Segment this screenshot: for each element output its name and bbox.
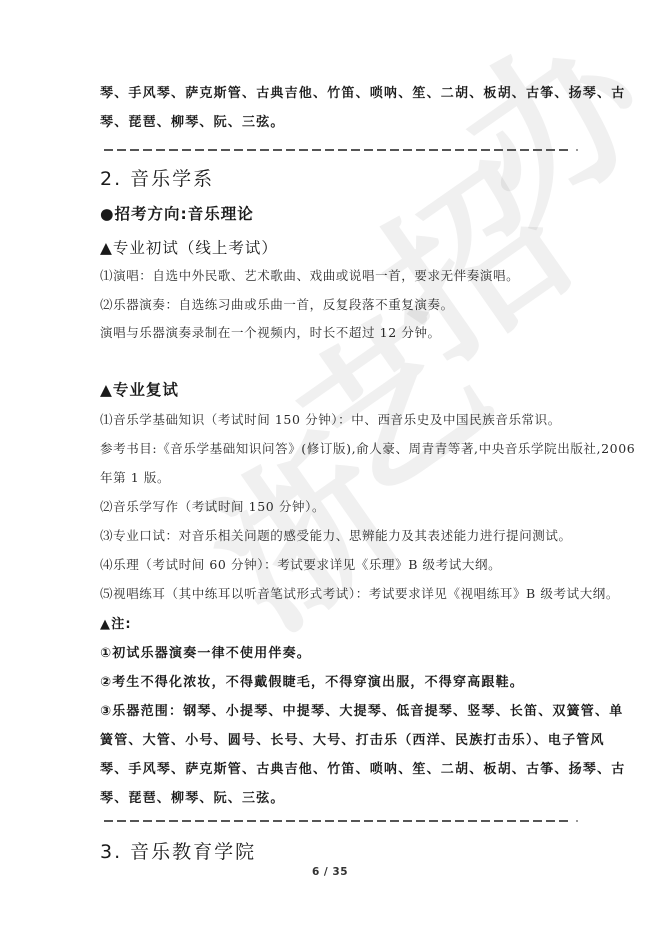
retest-item-4: ⑷乐理（考试时间 60 分钟）：考试要求详见《乐理》B 级考试大纲。 xyxy=(100,555,501,573)
note-3: ③乐器范围：钢琴、小提琴、中提琴、大提琴、低音提琴、竖琴、长笛、双簧管、单 xyxy=(100,700,623,719)
retest-item-1: ⑴音乐学基础知识（考试时间 150 分钟）：中、西音乐史及中国民族音乐常识。 xyxy=(100,410,561,428)
preliminary-heading: ▲专业初试（线上考试） xyxy=(100,236,278,258)
preliminary-item-1: ⑴演唱：自选中外民歌、艺术歌曲、戏曲或说唱一首，要求无伴奏演唱。 xyxy=(100,266,519,284)
page-number: 6 / 35 xyxy=(0,866,660,878)
note-3-cont-1: 簧管、大管、小号、圆号、长号、大号、打击乐（西洋、民族打击乐）、电子管风 xyxy=(100,729,605,748)
document-page: 浙 艺 招 办 琴、手风琴、萨克斯管、古典吉他、竹笛、唢呐、笙、二胡、板胡、古筝… xyxy=(0,0,660,933)
note-1: ①初试乐器演奏一律不使用伴奏。 xyxy=(100,642,311,661)
retest-heading: ▲专业复试 xyxy=(100,378,179,400)
notes-heading: ▲注: xyxy=(100,613,132,632)
note-3-cont-3: 琴、琵琶、柳琴、阮、三弦。 xyxy=(100,787,285,806)
watermark-char: 招 xyxy=(357,147,594,384)
note-2: ②考生不得化浓妆，不得戴假睫毛，不得穿演出服，不得穿高跟鞋。 xyxy=(100,671,524,690)
retest-item-3: ⑶专业口试：对音乐相关问题的感受能力、思辨能力及其表述能力进行提问测试。 xyxy=(100,526,572,544)
section-divider xyxy=(104,820,572,822)
note-3-cont-2: 琴、手风琴、萨克斯管、古典吉他、竹笛、唢呐、笙、二胡、板胡、古筝、扬琴、古 xyxy=(100,758,625,777)
preliminary-item-2: ⑵乐器演奏：自选练习曲或乐曲一首，反复段落不重复演奏。 xyxy=(100,295,454,313)
section-divider xyxy=(104,149,572,151)
retest-item-5: ⑸视唱练耳（其中练耳以听音笔试形式考试）：考试要求详见《视唱练耳》B 级考试大纲… xyxy=(100,584,619,602)
section-2-title: 2. 音乐学系 xyxy=(100,164,214,191)
section-3-title: 3. 音乐教育学院 xyxy=(100,837,256,864)
continuation-line-1: 琴、手风琴、萨克斯管、古典吉他、竹笛、唢呐、笙、二胡、板胡、古筝、扬琴、古 xyxy=(100,82,625,101)
preliminary-note: 演唱与乐器演奏录制在一个视频内，时长不超过 12 分钟。 xyxy=(100,323,441,341)
continuation-line-2: 琴、琵琶、柳琴、阮、三弦。 xyxy=(100,111,285,130)
reference-books-cont: 年第 1 版。 xyxy=(100,468,170,486)
watermark: 浙 艺 招 办 xyxy=(240,150,620,710)
exam-direction: ●招考方向:音乐理论 xyxy=(100,202,254,224)
retest-item-2: ⑵音乐学写作（考试时间 150 分钟）。 xyxy=(100,497,325,515)
reference-books: 参考书目:《音乐学基础知识问答》(修订版),俞人豪、周青青等著,中央音乐学院出版… xyxy=(100,439,635,457)
watermark-char: 办 xyxy=(437,7,660,244)
